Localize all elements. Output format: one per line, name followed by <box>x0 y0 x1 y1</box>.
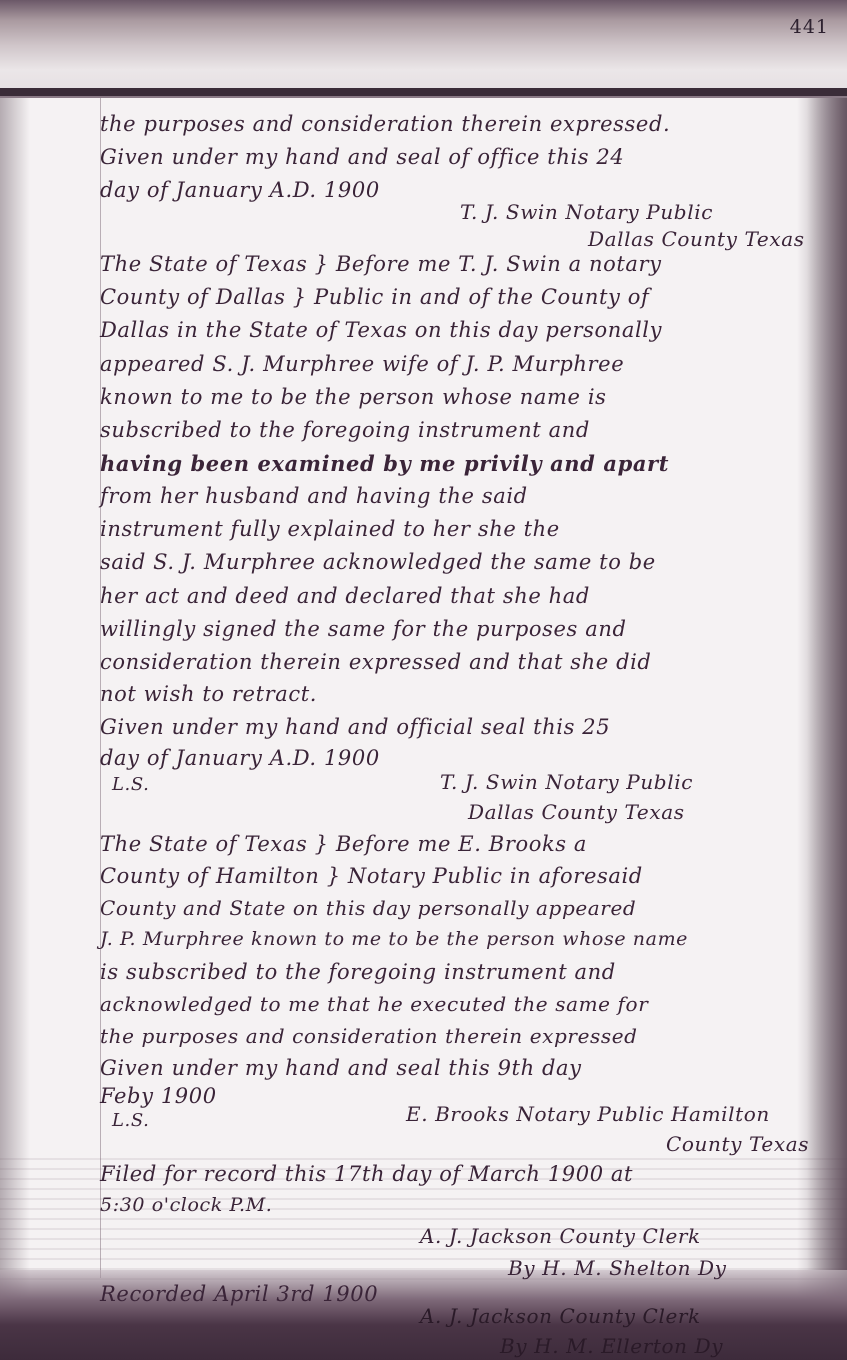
text-line: acknowledged to me that he executed the … <box>100 992 648 1016</box>
filing-time: 5:30 o'clock P.M. <box>100 1194 272 1216</box>
text-line: J. P. Murphree known to me to be the per… <box>100 928 688 950</box>
text-line: said S. J. Murphree acknowledged the sam… <box>100 550 656 574</box>
notary-signature: T. J. Swin Notary Public <box>460 200 713 224</box>
recorded-note: Recorded April 3rd 1900 <box>100 1282 378 1306</box>
header-rule-thin <box>0 96 847 98</box>
deputy-signature: By H. M. Shelton Dy <box>508 1256 727 1280</box>
text-line: willingly signed the same for the purpos… <box>100 617 626 641</box>
notary-county: Dallas County Texas <box>468 800 685 824</box>
notary-county: Dallas County Texas <box>588 227 805 251</box>
text-line: Dallas in the State of Texas on this day… <box>100 318 662 342</box>
text-line: not wish to retract. <box>100 682 317 706</box>
notary-signature: T. J. Swin Notary Public <box>440 770 693 794</box>
text-line: Given under my hand and official seal th… <box>100 715 610 739</box>
text-line: day of January A.D. 1900 <box>100 746 380 770</box>
text-line: from her husband and having the said <box>100 484 528 508</box>
page-number: 441 <box>790 16 829 38</box>
notary-county: County Texas <box>666 1132 809 1156</box>
document-page: 441 the purposes and consideration there… <box>0 0 847 1360</box>
notary-signature: E. Brooks Notary Public Hamilton <box>406 1102 770 1126</box>
text-line: her act and deed and declared that she h… <box>100 584 590 608</box>
clerk-signature: A. J. Jackson County Clerk <box>420 1304 701 1328</box>
text-line: appeared S. J. Murphree wife of J. P. Mu… <box>100 352 624 376</box>
text-line: Given under my hand and seal this 9th da… <box>100 1056 582 1080</box>
text-line: known to me to be the person whose name … <box>100 385 607 409</box>
text-line: the purposes and consideration therein e… <box>100 112 670 136</box>
seal-mark: L.S. <box>112 1110 150 1131</box>
text-line: The State of Texas } Before me T. J. Swi… <box>100 252 662 276</box>
text-line: Feby 1900 <box>100 1084 217 1108</box>
filing-note: Filed for record this 17th day of March … <box>100 1162 633 1186</box>
scan-right-shadow <box>807 98 847 1270</box>
text-line: subscribed to the foregoing instrument a… <box>100 418 590 442</box>
text-line: having been examined by me privily and a… <box>100 451 669 476</box>
text-line: County of Dallas } Public in and of the … <box>100 285 649 309</box>
text-line: instrument fully explained to her she th… <box>100 517 560 541</box>
seal-mark: L.S. <box>112 774 150 795</box>
text-line: is subscribed to the foregoing instrumen… <box>100 960 616 984</box>
text-line: day of January A.D. 1900 <box>100 178 380 202</box>
deputy-signature: By H. M. Ellerton Dy <box>500 1334 723 1358</box>
text-line: The State of Texas } Before me E. Brooks… <box>100 832 587 856</box>
text-line: the purposes and consideration therein e… <box>100 1024 638 1048</box>
clerk-signature: A. J. Jackson County Clerk <box>420 1224 701 1248</box>
text-line: County and State on this day personally … <box>100 896 636 920</box>
scan-top-shadow <box>0 0 847 98</box>
text-line: County of Hamilton } Notary Public in af… <box>100 864 643 888</box>
text-line: consideration therein expressed and that… <box>100 650 651 674</box>
text-line: Given under my hand and seal of office t… <box>100 145 624 169</box>
header-rule <box>0 88 847 96</box>
